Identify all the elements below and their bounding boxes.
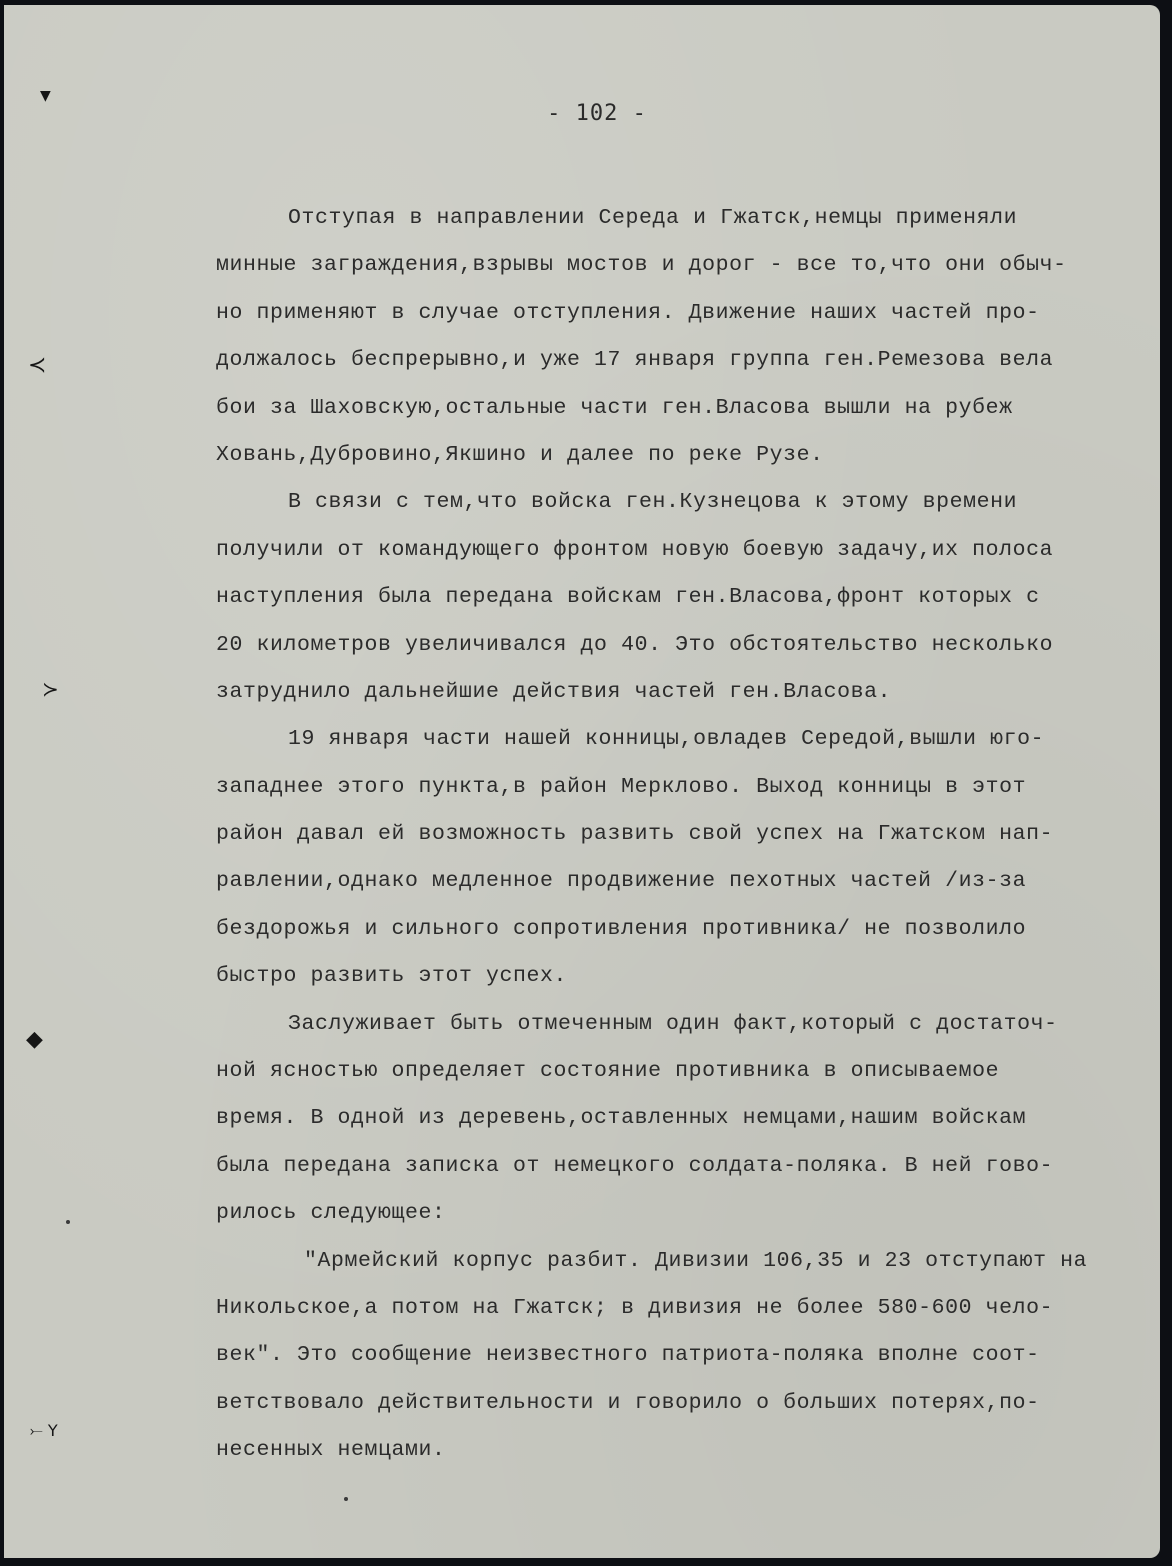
text-line: была передана записка от немецкого солда… (216, 1143, 1136, 1190)
text-line: В связи с тем,что войска ген.Кузнецова к… (216, 479, 1136, 526)
page-number: - 102 - (4, 101, 1172, 126)
ink-speck (66, 1220, 70, 1224)
document-page: - 102 - Отступая в направлении Середа и … (4, 5, 1160, 1558)
text-line: ветствовало действительности и говорило … (216, 1380, 1136, 1427)
binding-hole-icon: ≻ (42, 679, 59, 699)
text-line: Ховань,Дубровино,Якшино и далее по реке … (216, 432, 1136, 479)
text-line: "Армейский корпус разбит. Дивизии 106,35… (216, 1238, 1136, 1285)
text-line: равлении,однако медленное продвижение пе… (216, 858, 1136, 905)
text-line: но применяют в случае отступления. Движе… (216, 290, 1136, 337)
text-line: быстро развить этот успех. (216, 953, 1136, 1000)
text-line: Заслуживает быть отмеченным один факт,ко… (216, 1001, 1136, 1048)
text-line: бездорожья и сильного сопротивления прот… (216, 906, 1136, 953)
text-line: Никольское,а потом на Гжатск; в дивизия … (216, 1285, 1136, 1332)
text-line: минные заграждения,взрывы мостов и дорог… (216, 242, 1136, 289)
text-line: ной ясностью определяет состояние против… (216, 1048, 1136, 1095)
text-line: затруднило дальнейшие действия частей ге… (216, 669, 1136, 716)
binding-hole-icon: ◆ (26, 1029, 43, 1051)
text-line: 19 января части нашей конницы,овладев Се… (216, 716, 1136, 763)
text-line: 20 километров увеличивался до 40. Это об… (216, 622, 1136, 669)
text-line: век". Это сообщение неизвестного патриот… (216, 1332, 1136, 1379)
text-line: бои за Шаховскую,остальные части ген.Вла… (216, 385, 1136, 432)
text-line: западнее этого пункта,в район Мерклово. … (216, 764, 1136, 811)
text-line: наступления была передана войскам ген.Вл… (216, 574, 1136, 621)
text-line: время. В одной из деревень,оставленных н… (216, 1095, 1136, 1142)
binding-hole-icon: ▼ (40, 89, 51, 103)
text-line: несенных немцами. (216, 1427, 1136, 1474)
binding-hole-icon: ≺ (28, 355, 46, 377)
binding-hole-icon: ⤚ Y (30, 1423, 58, 1439)
text-line: должалось беспрерывно,и уже 17 января гр… (216, 337, 1136, 384)
text-line: Отступая в направлении Середа и Гжатск,н… (216, 195, 1136, 242)
text-line: район давал ей возможность развить свой … (216, 811, 1136, 858)
text-line: получили от командующего фронтом новую б… (216, 527, 1136, 574)
document-body: Отступая в направлении Середа и Гжатск,н… (216, 195, 1136, 1475)
ink-speck (344, 1497, 348, 1501)
text-line: рилось следующее: (216, 1190, 1136, 1237)
